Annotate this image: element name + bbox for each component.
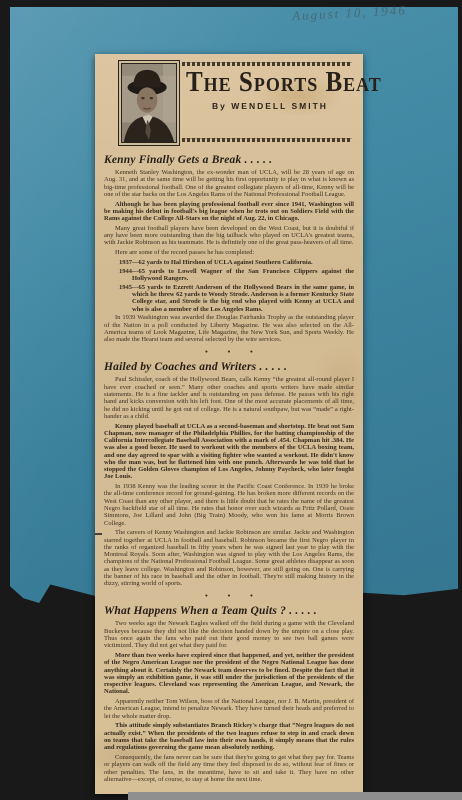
record-pass-item: 1945—65 yards to Ezzrett Anderson of the… xyxy=(104,284,354,313)
paragraph: Apparently neither Tom Wilson, boss of t… xyxy=(104,698,354,720)
paragraph: Kenneth Stanley Washington, the ex-wonde… xyxy=(104,169,354,198)
scanner-edge-strip xyxy=(128,792,462,800)
portrait-illustration xyxy=(122,64,176,142)
section-what-happens-when-a-team-quits: What Happens When a Team Quits ? . . . .… xyxy=(104,605,354,783)
paragraph: Here are some of the record passes he ha… xyxy=(104,249,354,256)
paragraph: In 1938 Kenny was the leading scorer in … xyxy=(104,483,354,527)
paragraph-bold: Although he has been playing professiona… xyxy=(104,201,354,223)
paragraph: Consequently, the fans never can be sure… xyxy=(104,754,354,783)
section-separator: • • • xyxy=(104,591,354,600)
paragraph: The careers of Kenny Washington and Jack… xyxy=(104,529,354,587)
section-hailed-by-coaches-and-writers: Hailed by Coaches and Writers . . . . . … xyxy=(104,361,354,587)
column-byline: By WENDELL SMITH xyxy=(186,101,354,111)
author-photo-frame xyxy=(118,60,180,146)
pencil-margin-mark xyxy=(95,533,102,535)
author-portrait-photo xyxy=(121,63,177,143)
wavy-rule-top xyxy=(182,62,352,66)
paragraph: Many great football players have been de… xyxy=(104,225,354,247)
paragraph-bold: More than two weeks have expired since t… xyxy=(104,652,354,696)
section-kenny-finally-gets-a-break: Kenny Finally Gets a Break . . . . . Ken… xyxy=(104,154,354,343)
paragraph: Paul Schissler, coach of the Hollywood B… xyxy=(104,376,354,420)
column-title: The Sports Beat xyxy=(186,69,354,97)
newspaper-clipping: The Sports Beat By WENDELL SMITH Kenny F… xyxy=(95,54,363,794)
section-separator: • • • xyxy=(104,347,354,356)
section-heading: Kenny Finally Gets a Break . . . . . xyxy=(104,154,354,166)
paragraph-bold: Kenny played baseball at UCLA as a secon… xyxy=(104,423,354,481)
paragraph-bold: This attitude simply substantiates Branc… xyxy=(104,722,354,751)
wavy-rule-bottom xyxy=(182,138,352,142)
paragraph: In 1939 Washington was awarded the Dougl… xyxy=(104,314,354,343)
paragraph: Two weeks ago the Newark Eagles walked o… xyxy=(104,620,354,649)
column-masthead: The Sports Beat By WENDELL SMITH xyxy=(104,54,354,149)
section-heading: What Happens When a Team Quits ? . . . .… xyxy=(104,605,354,617)
record-pass-item: 1937—62 yards to Hal Hirshon of UCLA aga… xyxy=(104,259,354,266)
section-heading: Hailed by Coaches and Writers . . . . . xyxy=(104,361,354,373)
record-pass-item: 1944—65 yards to Lowell Wagner of the Sa… xyxy=(104,268,354,283)
